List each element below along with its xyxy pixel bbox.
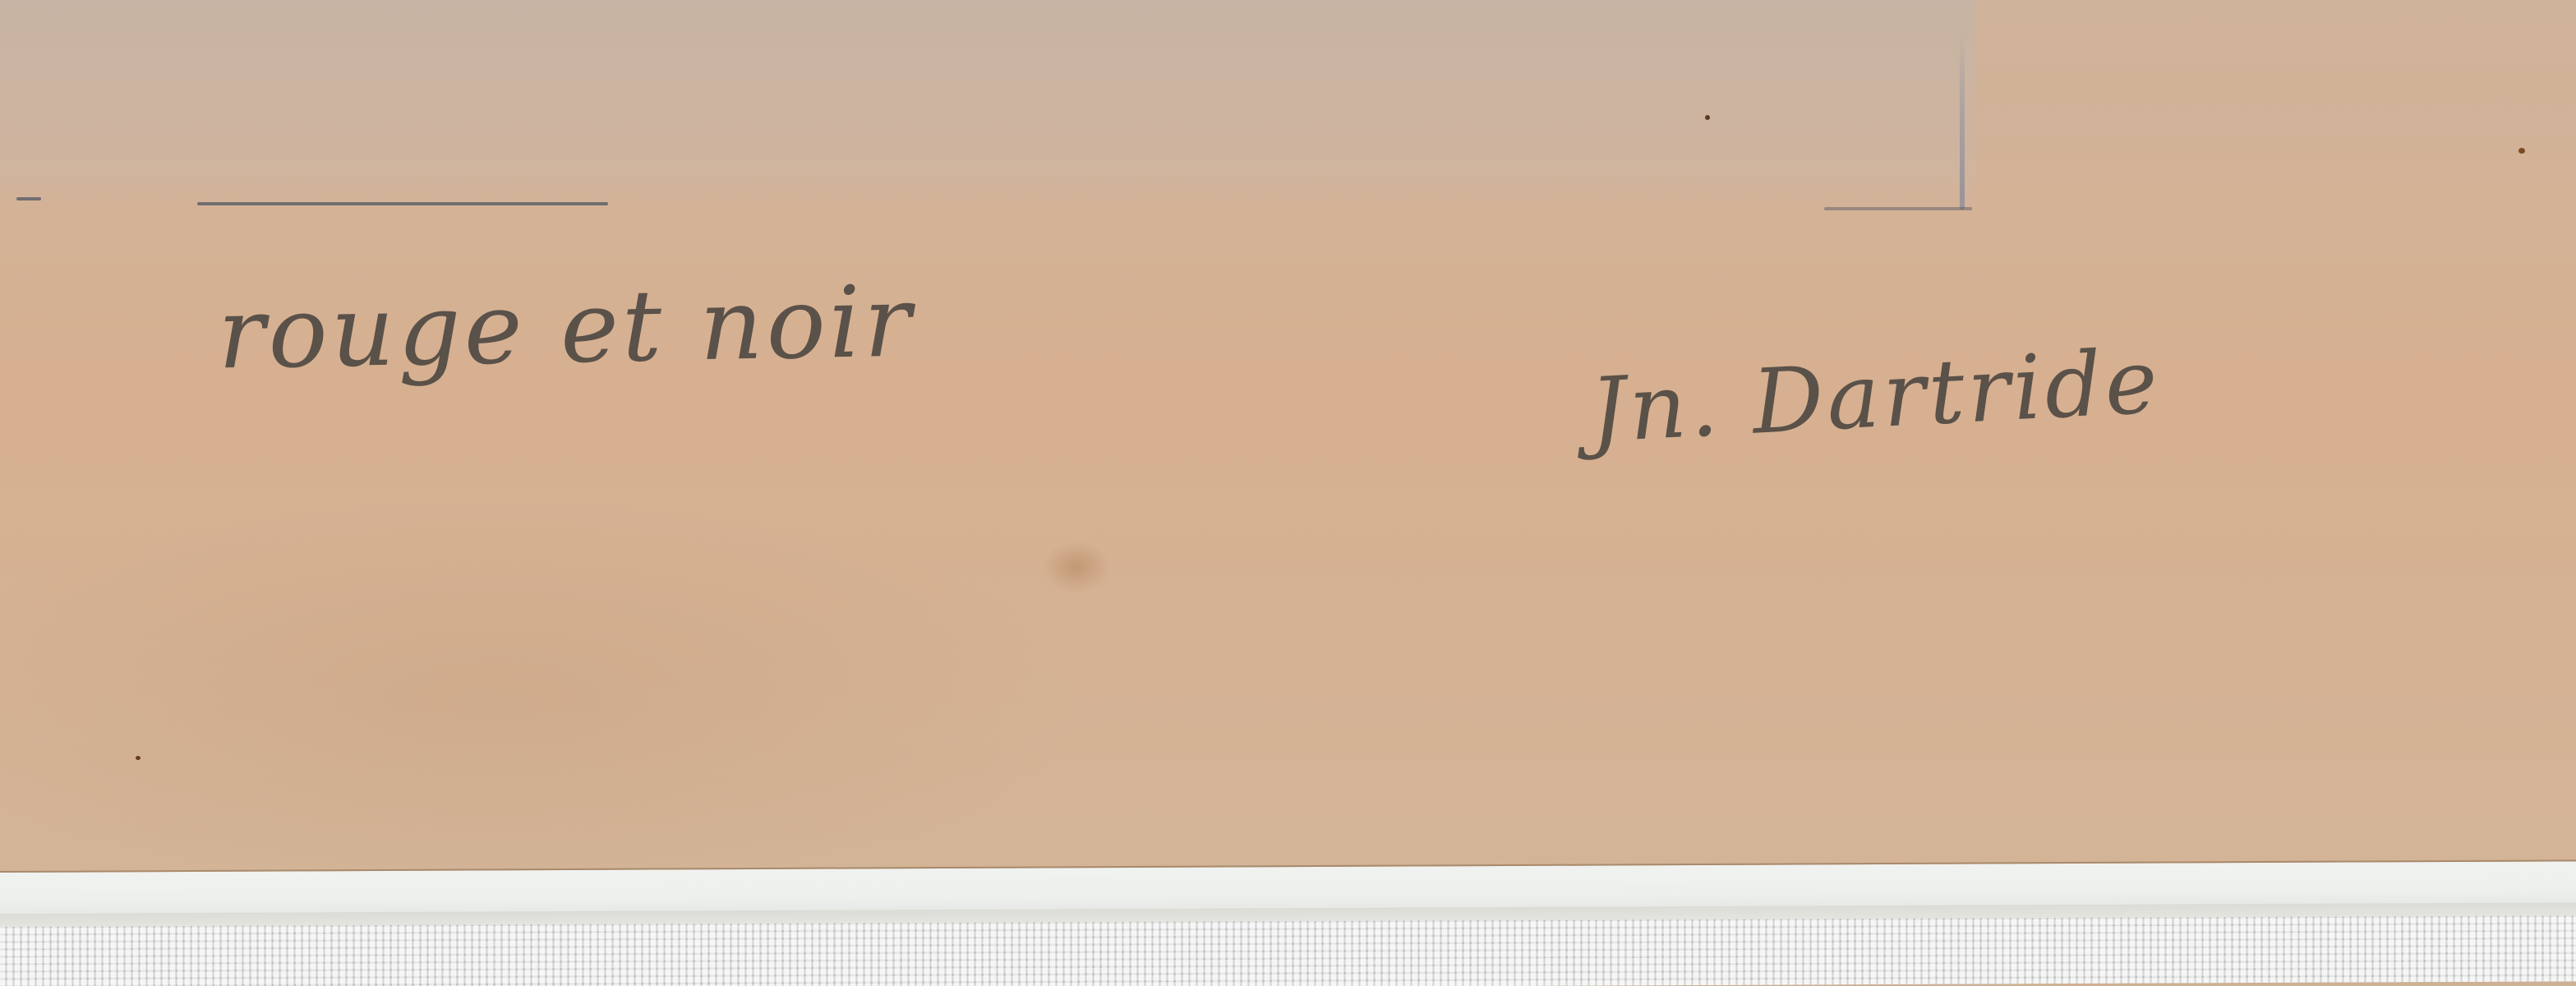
plate-mark-line xyxy=(197,202,608,205)
plate-impression-area xyxy=(0,0,1976,210)
photo-scene: rouge et noir Jn. Dartride xyxy=(0,0,2576,986)
plate-mark-line-left xyxy=(16,197,41,200)
linen-mount xyxy=(0,915,2576,986)
paper-speck xyxy=(136,756,141,760)
plate-mark-right-edge xyxy=(1960,33,1965,210)
paper-sheet: rouge et noir Jn. Dartride xyxy=(0,0,2576,871)
artist-signature: Jn. Dartride xyxy=(1588,330,2163,463)
plate-mark-line-right xyxy=(1824,207,1972,210)
paper-speck xyxy=(2518,148,2525,154)
paper-speck xyxy=(1705,115,1710,120)
title-inscription: rouge et noir xyxy=(217,265,915,392)
